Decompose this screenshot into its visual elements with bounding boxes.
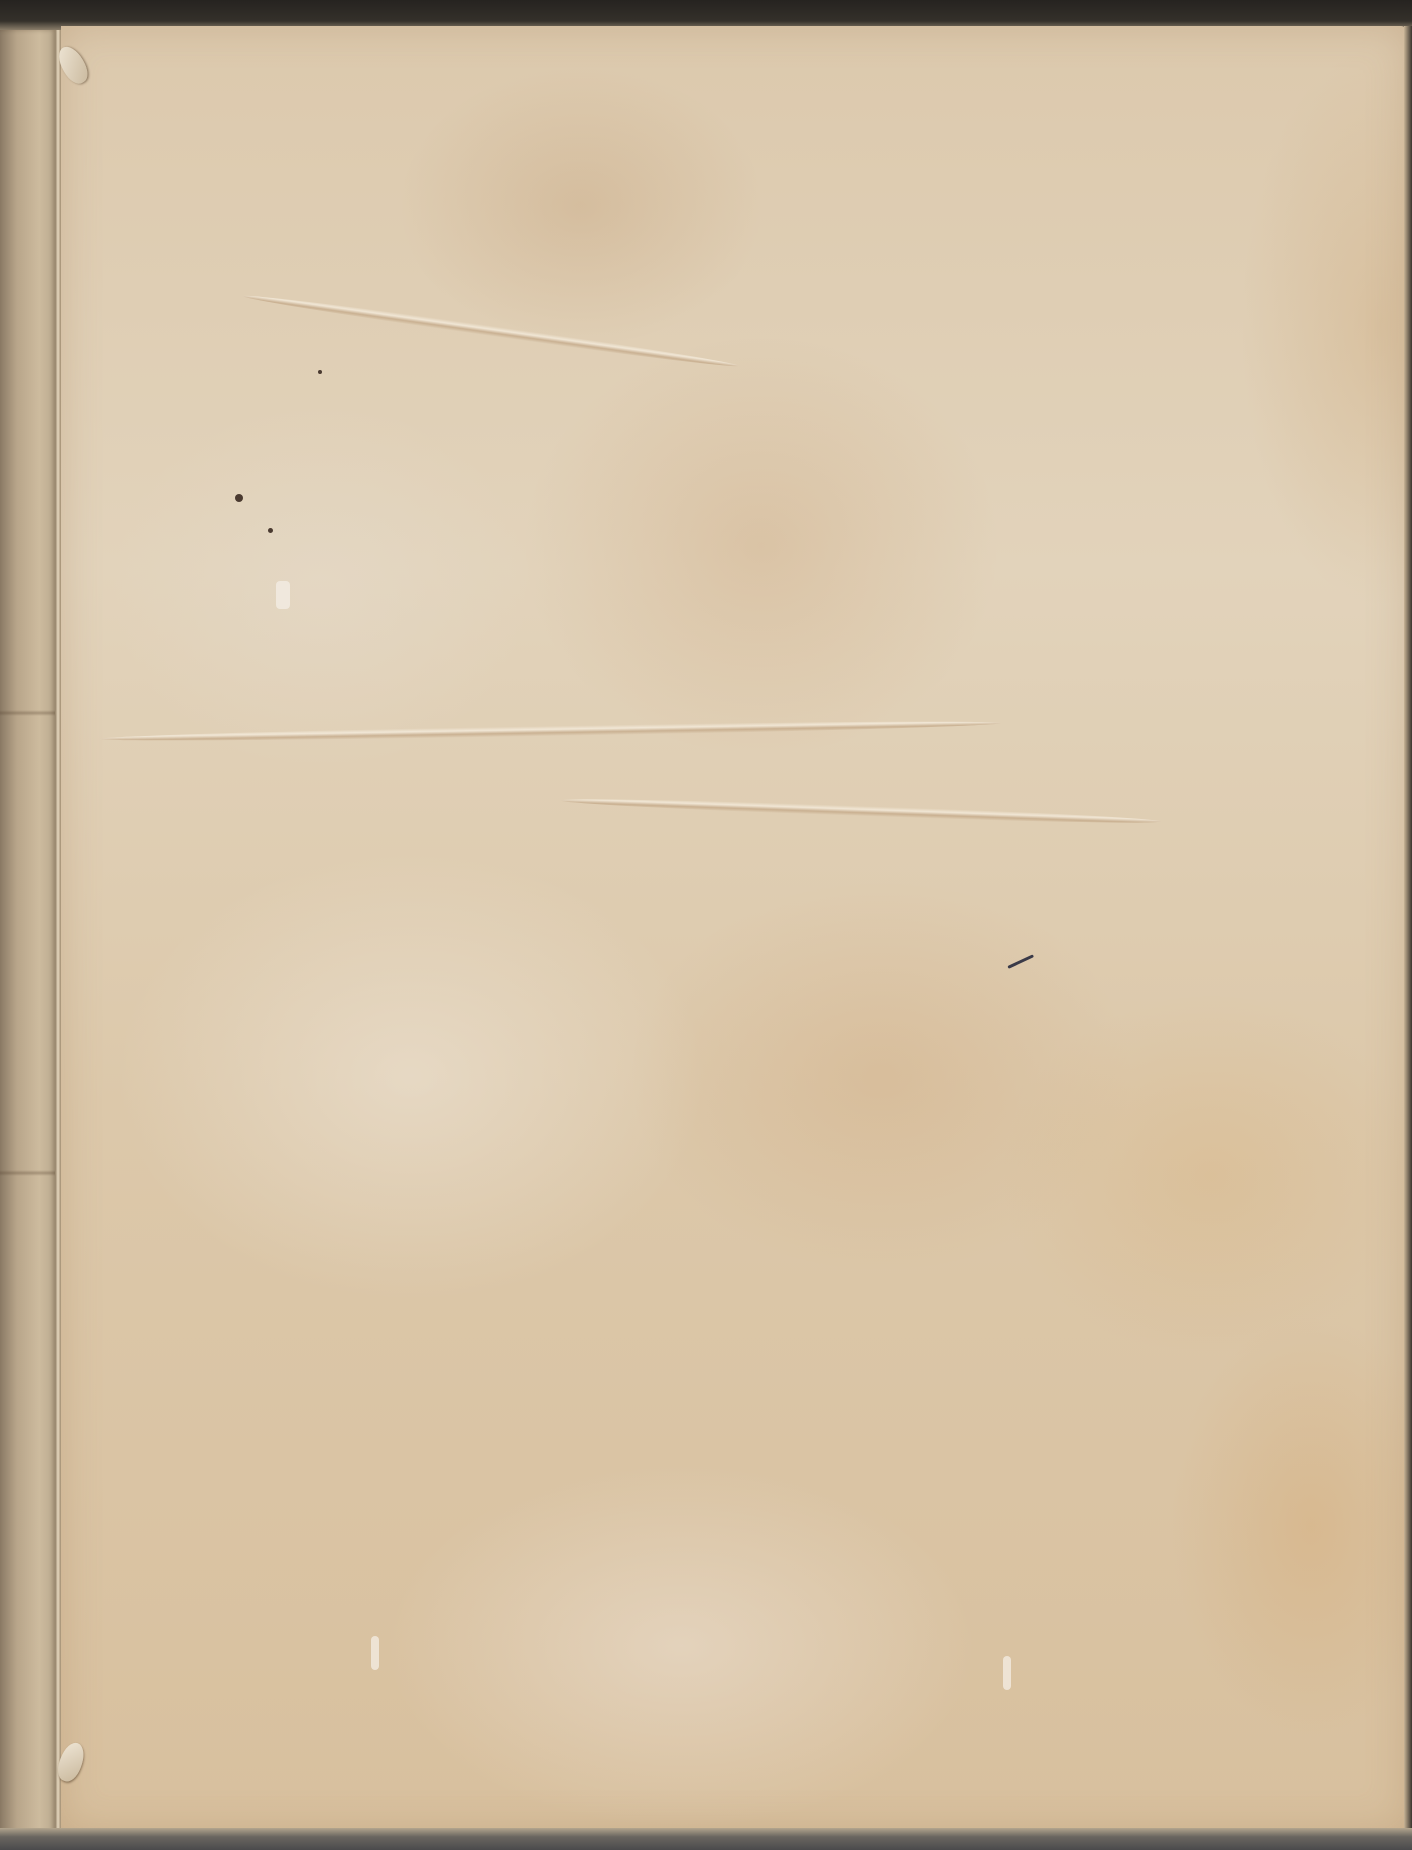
scuff-mark xyxy=(371,1636,379,1670)
ink-spot xyxy=(318,370,322,374)
ink-mark xyxy=(1007,954,1034,969)
spine-band xyxy=(0,710,56,716)
cover-right-edge xyxy=(1404,26,1412,1832)
vellum-cover xyxy=(61,26,1407,1832)
scuff-mark xyxy=(276,581,290,609)
spine-band xyxy=(0,1170,56,1176)
cover-crease xyxy=(243,291,740,370)
ink-spot xyxy=(235,494,243,502)
ink-spot xyxy=(268,528,273,533)
scuff-mark xyxy=(1003,1656,1011,1690)
book-spine xyxy=(0,30,56,1835)
bottom-edge-shadow xyxy=(0,1828,1412,1850)
cover-crease xyxy=(561,796,1161,827)
cover-crease xyxy=(101,718,1001,744)
